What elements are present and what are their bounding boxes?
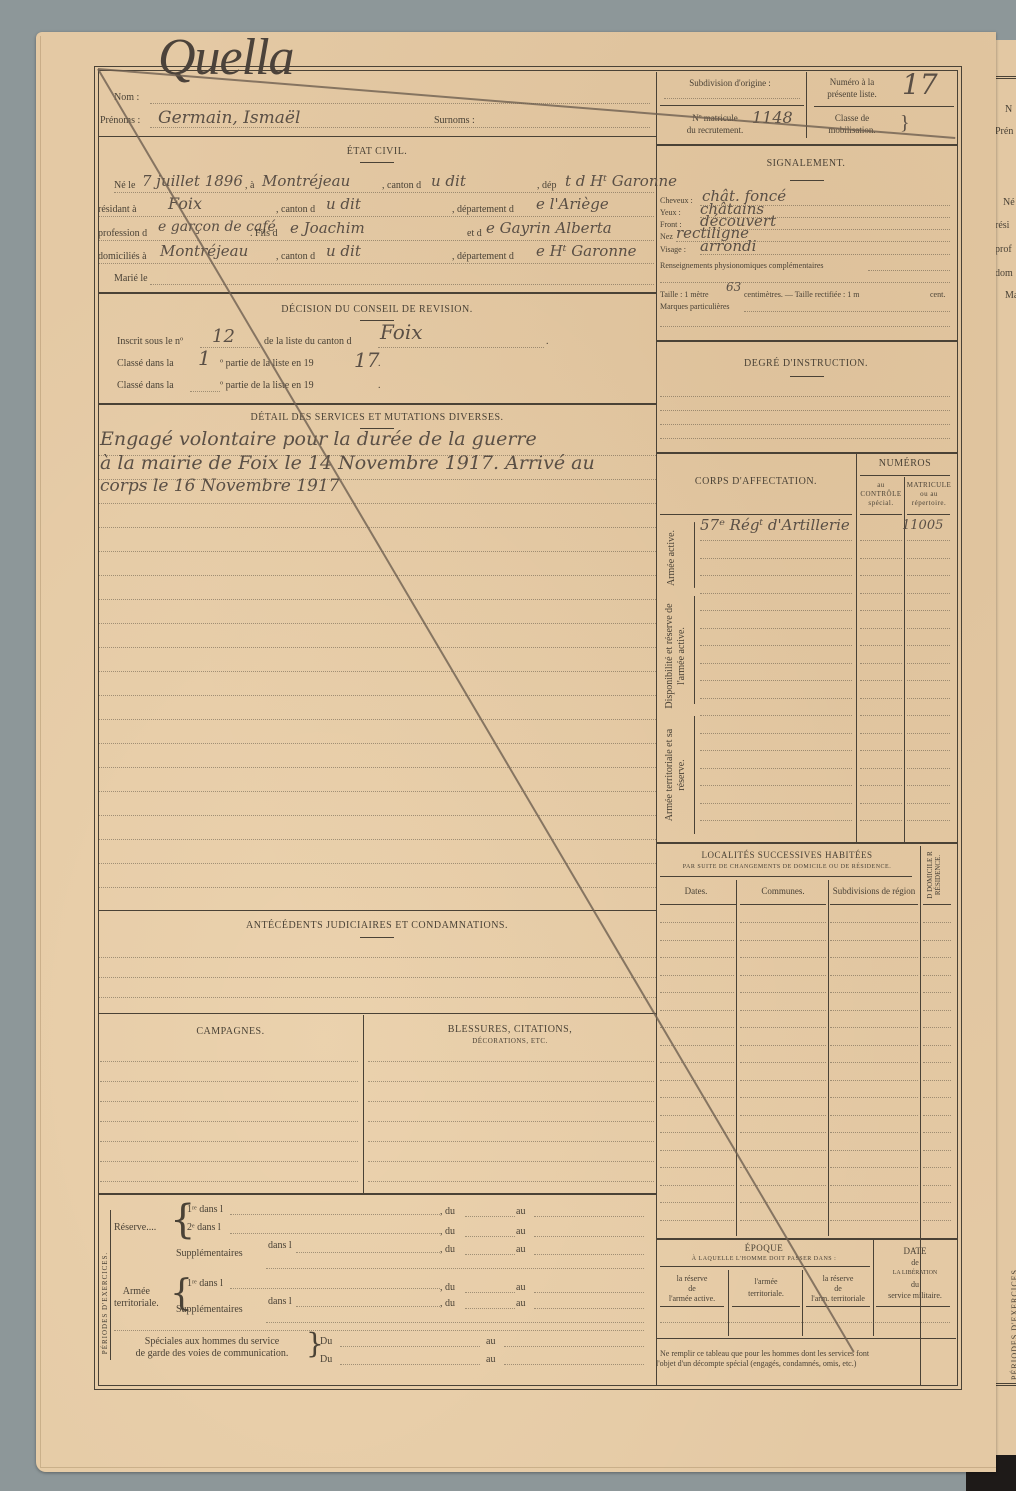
- reserve-label: Réserve....: [114, 1222, 156, 1233]
- classe-dans-label: Classé dans la: [117, 358, 174, 369]
- partie-liste-label: º partie de la liste en 19: [220, 358, 314, 369]
- periode-row-label: 1ʳᵉ dans l: [187, 1278, 223, 1289]
- visage-label: Visage :: [660, 245, 686, 254]
- prenoms-label: Prénoms :: [100, 115, 140, 126]
- marie-le-label: Marié le: [114, 273, 148, 284]
- yeux-label: Yeux :: [660, 208, 681, 217]
- signalement-title: SIGNALEMENT.: [656, 158, 956, 169]
- services-title: DÉTAIL DES SERVICES ET MUTATIONS DIVERSE…: [98, 412, 656, 423]
- disponibilite-label: Disponibilité et réserve de l'armée acti…: [664, 600, 688, 712]
- ne-le-label: Né le: [114, 180, 135, 191]
- col-communes: Communes.: [738, 886, 828, 896]
- departement-value: e l'Ariège: [536, 195, 609, 213]
- lieu-label: , à: [245, 180, 254, 191]
- antecedents-title: ANTÉCÉDENTS JUDICIAIRES ET CONDAMNATIONS…: [98, 920, 656, 931]
- territoriale-header: l'armée territoriale.: [730, 1276, 802, 1300]
- col-dates: Dates.: [656, 886, 736, 896]
- conseil-revision-title: DÉCISION DU CONSEIL DE REVISION.: [98, 304, 656, 315]
- profession-label: profession d: [98, 228, 147, 239]
- adjacent-label: rési: [995, 220, 1009, 231]
- visage-value: arrondi: [700, 237, 756, 255]
- adjacent-label: dom: [995, 268, 1013, 279]
- localites-subtitle: PAR SUITE DE CHANGEMENTS DE DOMICILE OU …: [656, 864, 918, 870]
- canton-value: u dit: [431, 172, 466, 190]
- brace-icon: }: [900, 112, 910, 135]
- departement-label: , département d: [452, 251, 514, 262]
- matricule-corps-value: 11005: [902, 518, 943, 533]
- blessures-subtitle: DÉCORATIONS, ETC.: [364, 1037, 656, 1045]
- numeros-title: NUMÉROS: [858, 458, 952, 469]
- fils-de-label: . Fils d: [250, 228, 278, 239]
- campagnes-title: CAMPAGNES.: [98, 1026, 363, 1037]
- territoriale-label: Armée territoriale.: [114, 1286, 159, 1310]
- periode-row-label: Supplémentaires: [176, 1304, 243, 1315]
- canton-value: u dit: [326, 195, 361, 213]
- corps-value: 57ᵉ Régᵗ d'Artillerie: [700, 516, 850, 534]
- controle-special-header: au CONTRÔLE spécial.: [858, 481, 904, 508]
- reserve-territoriale-header: la réserve de l'arm. territoriale: [802, 1274, 874, 1304]
- canton-label: , canton d: [382, 180, 421, 191]
- corps-affectation-title: CORPS D'AFFECTATION.: [656, 476, 856, 487]
- adjacent-label: Prén: [995, 126, 1013, 137]
- classe-annee-value: 17: [354, 348, 379, 372]
- taille-value: 63: [726, 280, 741, 294]
- epoque-note: l'objet d'un décompte spécial (engagés, …: [656, 1359, 856, 1368]
- renseignements-label: Renseignements physionomiques complément…: [660, 261, 824, 270]
- epoque-subtitle: À LAQUELLE L'HOMME DOIT PASSER DANS :: [656, 1256, 872, 1262]
- taille-cent-label: cent.: [930, 290, 945, 299]
- departement-value: e Hᵗ Garonne: [536, 242, 637, 260]
- adjacent-side-label: PÉRIODES D'EXERCICES.: [1010, 1266, 1016, 1380]
- numero-liste-value: 17: [902, 68, 938, 101]
- ne-le-value: 7 juillet 1896: [142, 172, 243, 190]
- adjacent-label: Né: [1003, 197, 1015, 208]
- classe-partie-value: 1: [198, 346, 211, 370]
- nez-label: Nez: [660, 232, 673, 241]
- speciales-label: Spéciales aux hommes du service de garde…: [114, 1336, 310, 1360]
- localites-title: LOCALITÉS SUCCESSIVES HABITÉES: [656, 850, 918, 860]
- column-divider: [656, 72, 657, 1386]
- inscrit-label: Inscrit sous le nº: [117, 336, 183, 347]
- liste-canton-label: de la liste du canton d: [264, 336, 351, 347]
- marques-label: Marques particulières: [660, 302, 730, 311]
- departement-value: t d Hᵗ Garonne: [565, 172, 677, 190]
- mere-value: e Gayrin Alberta: [486, 219, 612, 237]
- pere-value: e Joachim: [290, 219, 365, 237]
- canton-value: u dit: [326, 242, 361, 260]
- residant-label: résidant à: [98, 204, 137, 215]
- date-liberation-header: DATE de LA LIBÉRATION du service militai…: [876, 1246, 954, 1301]
- epoque-note: Ne remplir ce tableau que pour les homme…: [660, 1349, 869, 1358]
- domicile-residence-header: D DOMICILE R RÉSIDENCE.: [926, 846, 942, 904]
- canton-label: , canton d: [276, 204, 315, 215]
- et-de-label: et d: [467, 228, 482, 239]
- partie-liste-label: º partie de la liste en 19: [220, 380, 314, 391]
- military-register-form: [94, 66, 962, 1390]
- lieu-naissance-value: Montréjeau: [262, 172, 350, 190]
- domicilies-label: domiciliés à: [98, 251, 147, 262]
- adjacent-label: Ma: [1005, 290, 1016, 301]
- periode-row-label: 2ᵉ dans l: [187, 1222, 221, 1233]
- degre-instruction-title: DEGRÉ D'INSTRUCTION.: [656, 358, 956, 369]
- canton-label: , canton d: [276, 251, 315, 262]
- cheveux-label: Cheveux :: [660, 196, 693, 205]
- departement-label: , dép: [537, 180, 556, 191]
- taille-label: Taille : 1 mètre: [660, 290, 709, 299]
- inscrit-value: 12: [212, 326, 235, 347]
- classe-dans-label: Classé dans la: [117, 380, 174, 391]
- armee-territoriale-label: Armée territoriale et sa réserve.: [664, 720, 688, 830]
- departement-label: , département d: [452, 204, 514, 215]
- adjacent-label: N: [1005, 104, 1012, 115]
- blessures-title: BLESSURES, CITATIONS,: [364, 1024, 656, 1035]
- etat-civil-title: ÉTAT CIVIL.: [98, 146, 656, 157]
- prenoms-value: Germain, Ismaël: [158, 108, 300, 128]
- liste-canton-value: Foix: [380, 320, 423, 344]
- col-subdivisions: Subdivisions de région: [828, 886, 920, 896]
- taille-rectifiee-label: centimètres. — Taille rectifiée : 1 m: [744, 290, 859, 299]
- armee-active-label: Armée active.: [666, 516, 678, 600]
- matricule-repertoire-header: MATRICULE ou au répertoire.: [905, 481, 953, 508]
- periode-row-label: 1ʳᵉ dans l: [187, 1204, 223, 1215]
- numero-liste-label: Numéro à la présente liste.: [810, 76, 894, 100]
- reserve-active-header: la réserve de l'armée active.: [656, 1274, 728, 1304]
- subdivision-label: Subdivision d'origine :: [660, 78, 800, 88]
- periode-row-label: Supplémentaires: [176, 1248, 243, 1259]
- epoque-title: ÉPOQUE: [656, 1243, 872, 1253]
- surnoms-label: Surnoms :: [434, 115, 475, 126]
- adjacent-label: prof: [995, 244, 1012, 255]
